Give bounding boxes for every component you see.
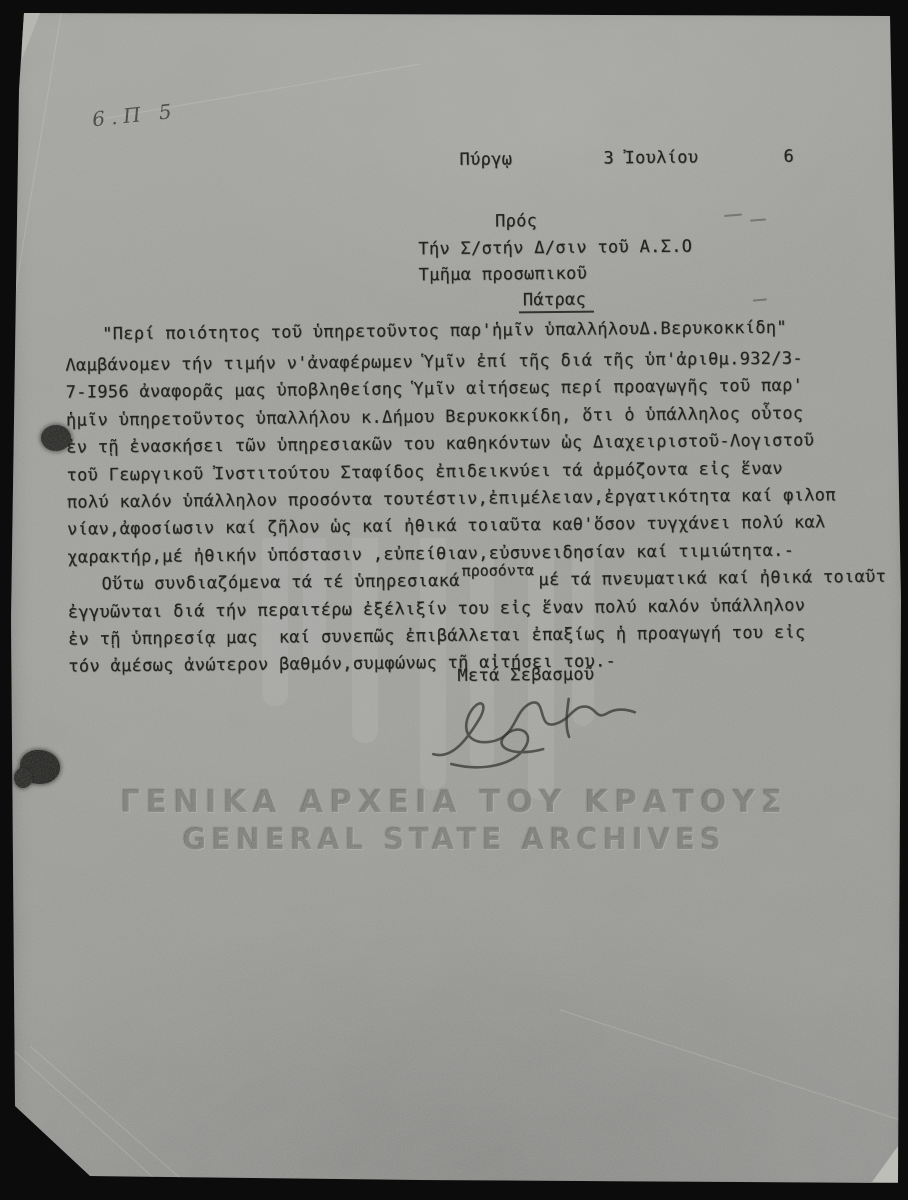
recipient-line1: Τήν Σ/στήν Δ/σιν τοῦ Α.Σ.Ο [418,237,692,260]
interline-insertion: προσόντα [462,561,534,580]
dateline-date: 3 Ἰουλίου [603,148,698,169]
pencil-dash [753,298,767,301]
dateline-place: Πύργῳ [459,149,512,170]
recipient-to: Πρός [495,211,537,231]
body-line-post: μέ τά πνευματικά καί ἠθικά τοιαῦτ [528,567,886,590]
letter-body: Πύργῳ 3 Ἰουλίου 6 Πρός Τήν Σ/στήν Δ/σιν … [0,0,908,1200]
body-paragraph-1: Λαμβάνομεν τήν τιμήν ν'ἀναφέρωμεν Ὑμῖν ἐ… [65,345,888,682]
body-line-pre: Οὕτω συνδιαζόμενα τά τέ ὑπηρεσιακά [101,571,459,594]
signature-scrawl [418,678,649,775]
pencil-dash [724,214,742,217]
subject-line: "Περί ποιότητος τοῦ ὑπηρετοῦντος παρ'ἡμῖ… [102,318,787,345]
pencil-dash [750,218,766,221]
dateline-year: 6 [783,147,794,167]
recipient-city: Πάτρας [519,290,594,314]
recipient-line2: Τμῆμα προσωπικοῦ [419,264,588,286]
scan-background: ΓΕΝΙΚΑ ΑΡΧΕΙΑ ΤΟΥ ΚΡΑΤΟΥΣ GENERAL STATE … [0,0,908,1200]
document-page: ΓΕΝΙΚΑ ΑΡΧΕΙΑ ΤΟΥ ΚΡΑΤΟΥΣ GENERAL STATE … [0,0,908,1200]
